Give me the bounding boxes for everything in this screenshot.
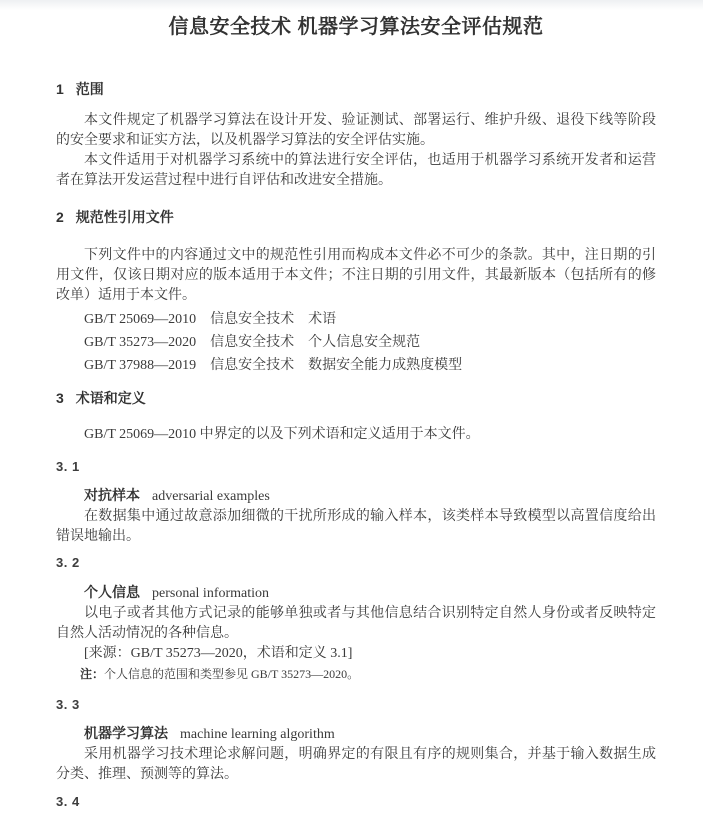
terms-intro-paragraph: GB/T 25069—2010 中界定的以及下列术语和定义适用于本文件。 <box>56 425 656 445</box>
reference-item: GB/T 37988—2019 信息安全技术 数据安全能力成熟度模型 <box>56 354 656 377</box>
term-3-1-zh: 对抗样本 <box>84 487 140 503</box>
term-3-2-en: personal information <box>152 586 269 601</box>
scope-paragraph-2: 本文件适用于对机器学习系统中的算法进行安全评估，也适用于机器学习系统开发者和运营… <box>56 151 656 191</box>
note-label: 注： <box>80 667 104 681</box>
clause-3-number: 3 <box>56 389 64 407</box>
term-3-1-title: 对抗样本adversarial examples <box>56 485 656 507</box>
term-3-3-block: 机器学习算法machine learning algorithm 采用机器学习技… <box>56 723 656 785</box>
term-3-3-zh: 机器学习算法 <box>84 725 168 741</box>
term-3-2-note: 注：个人信息的范围和类型参见 GB/T 35273—2020。 <box>56 664 656 684</box>
term-3-3-number: 3. 3 <box>56 696 656 714</box>
term-3-2-definition: 以电子或者其他方式记录的能够单独或者与其他信息结合识别特定自然人身份或者反映特定… <box>56 604 656 644</box>
normative-references-paragraph: 下列文件中的内容通过文中的规范性引用而构成本文件必不可少的条款。其中，注日期的引… <box>56 246 656 306</box>
document-title: 信息安全技术 机器学习算法安全评估规范 <box>56 14 656 40</box>
note-text: 个人信息的范围和类型参见 GB/T 35273—2020。 <box>104 667 359 681</box>
top-page-shadow <box>0 0 703 10</box>
term-3-3-definition: 采用机器学习技术理论求解问题，明确界定的有限且有序的规则集合，并基于输入数据生成… <box>56 745 656 785</box>
term-3-2-number: 3. 2 <box>56 554 656 572</box>
clause-1-heading: 1范围 <box>56 80 656 98</box>
term-3-2-block: 个人信息personal information 以电子或者其他方式记录的能够单… <box>56 582 656 684</box>
normative-references-list: GB/T 25069—2010 信息安全技术 术语 GB/T 35273—202… <box>56 308 656 377</box>
clause-1-title: 范围 <box>76 81 104 97</box>
term-3-1-en: adversarial examples <box>152 489 270 504</box>
term-3-1-number: 3. 1 <box>56 458 656 476</box>
clause-2-title: 规范性引用文件 <box>76 209 174 225</box>
term-3-2-zh: 个人信息 <box>84 584 140 600</box>
term-3-3-en: machine learning algorithm <box>180 727 335 742</box>
term-3-1-definition: 在数据集中通过故意添加细微的干扰所形成的输入样本，该类样本导致模型以高置信度给出… <box>56 507 656 547</box>
term-3-4-number: 3. 4 <box>56 793 656 811</box>
reference-item: GB/T 25069—2010 信息安全技术 术语 <box>56 308 656 331</box>
clause-2-heading: 2规范性引用文件 <box>56 208 656 226</box>
clause-3-title: 术语和定义 <box>76 390 146 406</box>
clause-2-number: 2 <box>56 208 64 226</box>
clause-3-heading: 3术语和定义 <box>56 389 656 407</box>
reference-item: GB/T 35273—2020 信息安全技术 个人信息安全规范 <box>56 331 656 354</box>
document-page: 信息安全技术 机器学习算法安全评估规范 1范围 本文件规定了机器学习算法在设计开… <box>0 14 703 811</box>
clause-1-number: 1 <box>56 80 64 98</box>
scope-paragraph-1: 本文件规定了机器学习算法在设计开发、验证测试、部署运行、维护升级、退役下线等阶段… <box>56 111 656 151</box>
term-3-2-source: [来源：GB/T 35273—2020，术语和定义 3.1] <box>56 644 656 664</box>
term-3-1-block: 对抗样本adversarial examples 在数据集中通过故意添加细微的干… <box>56 485 656 547</box>
term-3-2-title: 个人信息personal information <box>56 582 656 604</box>
term-3-3-title: 机器学习算法machine learning algorithm <box>56 723 656 745</box>
